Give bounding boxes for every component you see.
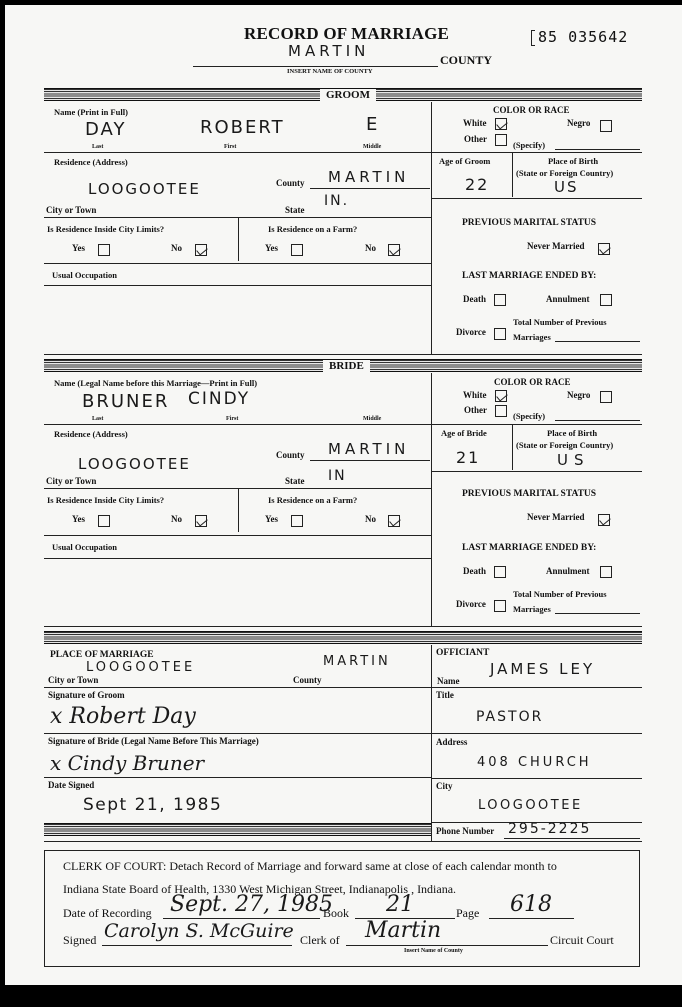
groom-farm-no-label: No [365, 243, 376, 253]
marriage-county[interactable]: MARTIN [323, 654, 391, 669]
groom-age-rule [431, 198, 642, 199]
groom-farm-yes-checkbox[interactable] [291, 244, 303, 256]
groom-race-other-label: Other [464, 134, 487, 144]
officiant-name-rule [431, 687, 642, 688]
bride-race-title: COLOR OR RACE [494, 377, 571, 387]
book-label: Book [323, 906, 349, 921]
groom-middle-label: Middle [363, 144, 381, 150]
groom-county[interactable]: MARTIN [328, 168, 409, 186]
clerk-signature[interactable]: Carolyn S. McGuire [104, 920, 294, 942]
header-county-line [193, 66, 438, 67]
officiant-address-label: Address [436, 737, 467, 747]
groom-name-rule [44, 152, 431, 153]
clerk-signed-label: Signed [63, 933, 96, 948]
groom-race-specify-line [555, 149, 640, 150]
bride-section-bar: BRIDE [44, 359, 642, 372]
bride-birth[interactable]: US [557, 451, 590, 469]
bride-divorce-label: Divorce [456, 599, 486, 609]
bride-race-specify-label: (Specify) [513, 411, 545, 421]
officiant-city[interactable]: LOOGOOTEE [478, 798, 583, 813]
bride-farm-no-label: No [365, 514, 376, 524]
place-of-marriage-title: PLACE OF MARRIAGE [50, 650, 154, 660]
clerk-county-line [346, 945, 548, 946]
groom-city-limits-question: Is Residence Inside City Limits? [47, 224, 164, 234]
groom-signature-rule [44, 733, 431, 734]
bride-state-label: State [285, 476, 305, 486]
groom-race-title: COLOR OR RACE [493, 105, 570, 115]
record-number: 85 035642 [538, 28, 628, 46]
date-signed-label: Date Signed [48, 780, 94, 790]
bride-birth-label: Place of Birth [547, 428, 597, 438]
groom-section-bottom [44, 354, 642, 355]
bride-annulment-label: Annulment [546, 566, 590, 576]
groom-name-label: Name (Print in Full) [54, 107, 128, 117]
bride-never-married-checkbox[interactable] [598, 514, 610, 526]
bride-last-label: Last [92, 416, 103, 422]
clerk-signed-line [102, 945, 292, 946]
groom-divider [431, 102, 432, 355]
groom-residence-label: Residence (Address) [54, 157, 128, 167]
officiant-city-label: City [436, 781, 453, 791]
bride-farm-question: Is Residence on a Farm? [268, 495, 357, 505]
bride-last-name[interactable]: BRUNER [82, 391, 169, 412]
groom-signature[interactable]: x Robert Day [50, 704, 196, 729]
officiant-title-label: Title [436, 690, 454, 700]
groom-middle-name[interactable]: E [366, 114, 379, 135]
bride-county-line [310, 460, 430, 461]
marriage-county-label: County [293, 675, 322, 685]
marriage-section-bottom [44, 841, 642, 842]
groom-race-white-label: White [463, 118, 487, 128]
officiant-address-rule [431, 778, 642, 779]
bride-race-white-checkbox[interactable] [495, 390, 507, 402]
bride-farm-yes-label: Yes [265, 514, 278, 524]
groom-never-married-label: Never Married [527, 241, 585, 251]
officiant-phone-label: Phone Number [436, 826, 494, 836]
bride-first-label: First [226, 416, 238, 422]
groom-limits-rule [44, 263, 431, 264]
marriage-city[interactable]: LOOGOOTEE [86, 660, 195, 675]
groom-city-label: City or Town [46, 205, 96, 215]
groom-race-rule [431, 152, 642, 153]
groom-county-label: County [276, 178, 305, 188]
officiant-phone[interactable]: 295-2225 [508, 821, 591, 837]
bride-middle-label: Middle [363, 416, 381, 422]
officiant-title: OFFICIANT [436, 648, 489, 658]
groom-race-negro-checkbox[interactable] [600, 120, 612, 132]
bride-limits-divider [238, 489, 239, 532]
bride-occupation-rule [44, 558, 431, 559]
bride-residence-label: Residence (Address) [54, 429, 128, 439]
groom-occupation-label: Usual Occupation [52, 270, 117, 280]
clerk-county-hint: Insert Name of County [404, 948, 463, 954]
bride-race-negro-checkbox[interactable] [600, 391, 612, 403]
page-line [489, 918, 574, 919]
bride-county[interactable]: MARTIN [328, 440, 409, 458]
marriage-place-rule [44, 687, 431, 688]
clerk-county[interactable]: Martin [365, 918, 441, 943]
groom-race-white-checkbox[interactable] [495, 118, 507, 130]
groom-county-line [310, 188, 430, 189]
bride-marital-title: PREVIOUS MARITAL STATUS [462, 489, 596, 499]
officiant-name[interactable]: JAMES LEY [490, 660, 595, 678]
groom-never-married-checkbox[interactable] [598, 243, 610, 255]
groom-divorce-checkbox[interactable] [494, 328, 506, 340]
bride-farm-no-checkbox[interactable] [388, 515, 400, 527]
bride-death-label: Death [463, 566, 486, 576]
bride-limits-yes-label: Yes [72, 514, 85, 524]
groom-total-prev-line1: Total Number of Previous [513, 317, 607, 327]
officiant-title-value[interactable]: PASTOR [476, 709, 543, 725]
groom-section-label: GROOM [320, 89, 376, 102]
clerk-of-label: Clerk of [300, 933, 340, 948]
marriage-bottom-bar [44, 823, 431, 836]
groom-limits-yes-label: Yes [72, 243, 85, 253]
page-number[interactable]: 618 [510, 892, 552, 917]
bride-race-other-label: Other [464, 405, 487, 415]
groom-city[interactable]: LOOGOOTEE [88, 180, 201, 198]
bride-state[interactable]: IN [328, 468, 347, 484]
recording-date-label: Date of Recording [63, 906, 152, 921]
bride-age-label: Age of Bride [441, 428, 487, 438]
groom-limits-divider [238, 218, 239, 261]
bride-death-checkbox[interactable] [494, 566, 506, 578]
bride-occupation-label: Usual Occupation [52, 542, 117, 552]
clerk-instructions-line1: CLERK OF COURT: Detach Record of Marriag… [63, 859, 557, 874]
groom-annulment-checkbox[interactable] [600, 294, 612, 306]
bride-limits-no-label: No [171, 514, 182, 524]
bride-limits-rule [44, 535, 431, 536]
officiant-address[interactable]: 408 CHURCH [477, 755, 592, 770]
groom-race-other-checkbox[interactable] [495, 134, 507, 146]
bride-race-specify-line [555, 420, 640, 421]
bride-birth-sublabel: (State or Foreign Country) [516, 440, 613, 450]
bride-race-negro-label: Negro [567, 390, 590, 400]
officiant-phone-line [504, 838, 640, 839]
bride-annulment-checkbox[interactable] [600, 566, 612, 578]
groom-signature-label: Signature of Groom [48, 690, 125, 700]
groom-age[interactable]: 22 [465, 175, 489, 194]
record-number-bracket [531, 30, 535, 46]
bride-city-label: City or Town [46, 476, 96, 486]
bride-first-name[interactable]: CINDY [188, 389, 250, 409]
bride-divider [431, 373, 432, 627]
marriage-divider [431, 645, 432, 841]
groom-birth[interactable]: US [554, 178, 579, 196]
header-county-value[interactable]: MARTIN [288, 42, 369, 60]
bride-age-divider [512, 425, 513, 470]
groom-farm-question: Is Residence on a Farm? [268, 224, 357, 234]
groom-race-negro-label: Negro [567, 118, 590, 128]
groom-limits-no-checkbox[interactable] [195, 244, 207, 256]
bride-ended-title: LAST MARRIAGE ENDED BY: [462, 543, 596, 553]
groom-first-name[interactable]: ROBERT [200, 117, 285, 138]
groom-state[interactable]: IN. [324, 193, 349, 209]
recording-date-line [163, 918, 320, 919]
groom-farm-no-checkbox[interactable] [388, 244, 400, 256]
marriage-section-bar [44, 631, 642, 644]
header-county-hint: INSERT NAME OF COUNTY [287, 68, 373, 75]
bride-total-prev-line [555, 613, 640, 614]
bride-total-prev-line1: Total Number of Previous [513, 589, 607, 599]
groom-first-label: First [224, 144, 236, 150]
bride-divorce-checkbox[interactable] [494, 600, 506, 612]
bride-race-other-checkbox[interactable] [495, 405, 507, 417]
bride-age-rule [431, 471, 642, 472]
groom-farm-yes-label: Yes [265, 243, 278, 253]
circuit-court-label: Circuit Court [550, 933, 614, 948]
header-county-suffix: COUNTY [440, 53, 492, 68]
bride-signature-label: Signature of Bride (Legal Name Before Th… [48, 736, 259, 746]
bride-section-label: BRIDE [323, 360, 370, 373]
groom-age-divider [512, 153, 513, 197]
book-number[interactable]: 21 [386, 892, 414, 917]
bride-county-label: County [276, 450, 305, 460]
bride-limits-yes-checkbox[interactable] [98, 515, 110, 527]
bride-signature[interactable]: x Cindy Bruner [50, 751, 204, 775]
groom-ended-title: LAST MARRIAGE ENDED BY: [462, 271, 596, 281]
marriage-city-label: City or Town [48, 675, 98, 685]
groom-limits-no-label: No [171, 243, 182, 253]
bride-city[interactable]: LOOGOOTEE [78, 455, 191, 473]
officiant-name-label: Name [437, 676, 460, 686]
bride-total-prev-line2: Marriages [513, 604, 551, 614]
officiant-title-rule [431, 733, 642, 734]
page-label: Page [456, 906, 479, 921]
groom-death-checkbox[interactable] [494, 294, 506, 306]
bride-never-married-label: Never Married [527, 512, 585, 522]
bride-race-rule [431, 424, 642, 425]
bride-limits-no-checkbox[interactable] [195, 515, 207, 527]
groom-state-label: State [285, 205, 305, 215]
groom-last-label: Last [92, 144, 103, 150]
bride-age[interactable]: 21 [456, 448, 480, 467]
groom-race-specify-label: (Specify) [513, 140, 545, 150]
groom-birth-label: Place of Birth [548, 156, 598, 166]
groom-annulment-label: Annulment [546, 294, 590, 304]
groom-section-bar: GROOM [44, 88, 642, 101]
bride-city-limits-question: Is Residence Inside City Limits? [47, 495, 164, 505]
recording-date[interactable]: Sept. 27, 1985 [170, 892, 333, 917]
bride-race-white-label: White [463, 390, 487, 400]
groom-divorce-label: Divorce [456, 327, 486, 337]
groom-occupation-rule [44, 285, 431, 286]
groom-marital-title: PREVIOUS MARITAL STATUS [462, 218, 596, 228]
bride-signature-rule [44, 777, 431, 778]
groom-birth-sublabel: (State or Foreign Country) [516, 168, 613, 178]
bride-section-bottom [44, 626, 642, 627]
groom-total-prev-line2: Marriages [513, 332, 551, 342]
groom-death-label: Death [463, 294, 486, 304]
bride-name-rule [44, 424, 431, 425]
groom-limits-yes-checkbox[interactable] [98, 244, 110, 256]
date-signed[interactable]: Sept 21, 1985 [83, 795, 222, 815]
groom-age-label: Age of Groom [439, 156, 490, 166]
bride-farm-yes-checkbox[interactable] [291, 515, 303, 527]
groom-last-name[interactable]: DAY [85, 119, 126, 140]
page-title: RECORD OF MARRIAGE [244, 24, 449, 44]
bride-name-label: Name (Legal Name before this Marriage—Pr… [54, 378, 257, 388]
groom-total-prev-line [555, 341, 640, 342]
